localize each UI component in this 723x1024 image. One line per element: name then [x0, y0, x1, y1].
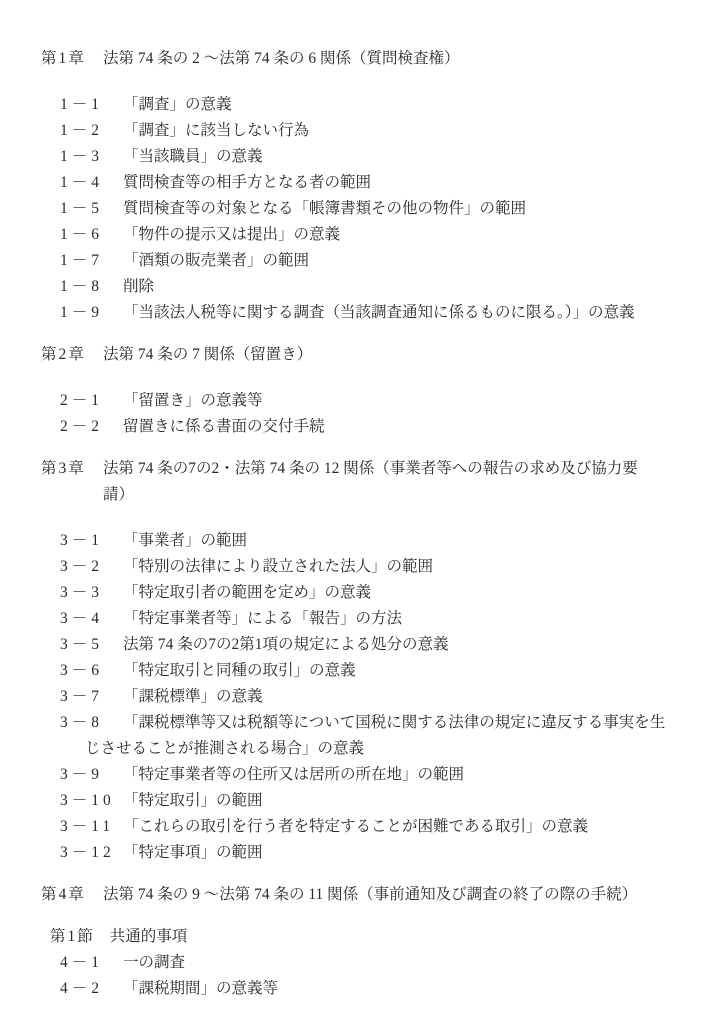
- item-number: 1－6: [60, 222, 123, 248]
- item-text: 「留置き」の意義等: [123, 388, 693, 414]
- item-text: 「当該職員」の意義: [123, 144, 693, 170]
- item-text: 「特定事項」の範囲: [123, 840, 693, 866]
- chapter-3: 第3章 法第 74 条の7の2・法第 74 条の 12 関係（事業者等への報告の…: [41, 456, 693, 866]
- item-number: 3－6: [60, 658, 123, 684]
- item-number: 3－9: [60, 762, 123, 788]
- toc-item-1-2: 1－2「調査」に該当しない行為: [60, 118, 693, 144]
- toc-item-2-1: 2－1「留置き」の意義等: [60, 388, 693, 414]
- toc-item-1-7: 1－7「酒類の販売業者」の範囲: [60, 248, 693, 274]
- item-number: 2－1: [60, 388, 123, 414]
- item-text: 一の調査: [123, 950, 693, 976]
- item-text: 「特定取引と同種の取引」の意義: [123, 658, 693, 684]
- toc-item-3-12: 3－12「特定事項」の範囲: [60, 840, 693, 866]
- chapter-2-label: 第2章: [41, 342, 103, 368]
- toc-item-3-5: 3－5法第 74 条の7の2第1項の規定による処分の意義: [60, 632, 693, 658]
- chapter-4-items: 4－1一の調査 4－2「課税期間」の意義等: [60, 950, 693, 1002]
- chapter-4-title: 法第 74 条の 9 ～法第 74 条の 11 関係（事前通知及び調査の終了の際…: [103, 882, 693, 908]
- item-number: 1－8: [60, 274, 123, 300]
- chapter-2-title: 法第 74 条の 7 関係（留置き）: [103, 342, 693, 368]
- toc-item-3-9: 3－9「特定事業者等の住所又は居所の所在地」の範囲: [60, 762, 693, 788]
- item-text: 「特定取引」の範囲: [123, 788, 693, 814]
- item-text: 「課税標準等又は税額等について国税に関する法律の規定に違反する事実を生 じさせる…: [85, 710, 693, 762]
- item-number: 3－4: [60, 606, 123, 632]
- item-number: 4－1: [60, 950, 123, 976]
- toc-item-2-2: 2－2留置きに係る書面の交付手続: [60, 414, 693, 440]
- item-number: 3－3: [60, 580, 123, 606]
- chapter-4: 第4章 法第 74 条の 9 ～法第 74 条の 11 関係（事前通知及び調査の…: [41, 882, 693, 1002]
- chapter-3-heading: 第3章 法第 74 条の7の2・法第 74 条の 12 関係（事業者等への報告の…: [41, 456, 693, 508]
- item-text: 「調査」に該当しない行為: [123, 118, 693, 144]
- item-number: 3－11: [60, 814, 123, 840]
- chapter-2-heading: 第2章 法第 74 条の 7 関係（留置き）: [41, 342, 693, 368]
- chapter-3-items: 3－1「事業者」の範囲 3－2「特別の法律により設立された法人」の範囲 3－3「…: [60, 528, 693, 866]
- item-text: 質問検査等の相手方となる者の範囲: [123, 170, 693, 196]
- item-text: 「これらの取引を行う者を特定することが困難である取引」の意義: [123, 814, 693, 840]
- chapter-2: 第2章 法第 74 条の 7 関係（留置き） 2－1「留置き」の意義等 2－2留…: [41, 342, 693, 440]
- item-text: 削除: [123, 274, 693, 300]
- toc-item-3-2: 3－2「特別の法律により設立された法人」の範囲: [60, 554, 693, 580]
- toc-item-4-1: 4－1一の調査: [60, 950, 693, 976]
- toc-item-1-5: 1－5質問検査等の対象となる「帳簿書類その他の物件」の範囲: [60, 196, 693, 222]
- toc-item-1-4: 1－4質問検査等の相手方となる者の範囲: [60, 170, 693, 196]
- item-number: 2－2: [60, 414, 123, 440]
- item-text: 留置きに係る書面の交付手続: [123, 414, 693, 440]
- item-number: 3－5: [60, 632, 123, 658]
- item-number: 1－3: [60, 144, 123, 170]
- toc-document-page: 第1章 法第 74 条の 2 ～法第 74 条の 6 関係（質問検査権） 1－1…: [0, 0, 723, 1024]
- item-number: 3－12: [60, 840, 123, 866]
- toc-item-3-7: 3－7「課税標準」の意義: [60, 684, 693, 710]
- toc-item-1-6: 1－6「物件の提示又は提出」の意義: [60, 222, 693, 248]
- toc-item-4-2: 4－2「課税期間」の意義等: [60, 976, 693, 1002]
- chapter-4-label: 第4章: [41, 882, 103, 908]
- item-number: 3－7: [60, 684, 123, 710]
- item-number: 1－5: [60, 196, 123, 222]
- item-text: 「事業者」の範囲: [123, 528, 693, 554]
- item-number: 3－10: [60, 788, 123, 814]
- item-number: 1－7: [60, 248, 123, 274]
- item-text: 「特定事業者等」による「報告」の方法: [123, 606, 693, 632]
- item-text: 「酒類の販売業者」の範囲: [123, 248, 693, 274]
- item-text: 「当該法人税等に関する調査（当該調査通知に係るものに限る。）」の意義: [123, 300, 693, 326]
- chapter-1: 第1章 法第 74 条の 2 ～法第 74 条の 6 関係（質問検査権） 1－1…: [41, 46, 693, 326]
- toc-item-3-6: 3－6「特定取引と同種の取引」の意義: [60, 658, 693, 684]
- toc-item-1-1: 1－1「調査」の意義: [60, 92, 693, 118]
- item-number: 3－2: [60, 554, 123, 580]
- section-1-label: 第1節: [50, 928, 95, 945]
- item-text: 「特別の法律により設立された法人」の範囲: [123, 554, 693, 580]
- chapter-2-items: 2－1「留置き」の意義等 2－2留置きに係る書面の交付手続: [60, 388, 693, 440]
- chapter-4-heading: 第4章 法第 74 条の 9 ～法第 74 条の 11 関係（事前通知及び調査の…: [41, 882, 693, 908]
- toc-item-3-10: 3－10「特定取引」の範囲: [60, 788, 693, 814]
- toc-item-3-11: 3－11「これらの取引を行う者を特定することが困難である取引」の意義: [60, 814, 693, 840]
- item-text: 「調査」の意義: [123, 92, 693, 118]
- toc-item-3-8: 3－8「課税標準等又は税額等について国税に関する法律の規定に違反する事実を生 じ…: [60, 710, 693, 762]
- item-number: 1－2: [60, 118, 123, 144]
- toc-item-3-1: 3－1「事業者」の範囲: [60, 528, 693, 554]
- item-text: 質問検査等の対象となる「帳簿書類その他の物件」の範囲: [123, 196, 693, 222]
- chapter-1-items: 1－1「調査」の意義 1－2「調査」に該当しない行為 1－3「当該職員」の意義 …: [60, 92, 693, 326]
- item-number: 1－1: [60, 92, 123, 118]
- chapter-1-heading: 第1章 法第 74 条の 2 ～法第 74 条の 6 関係（質問検査権）: [41, 46, 693, 72]
- item-text: 法第 74 条の7の2第1項の規定による処分の意義: [123, 632, 693, 658]
- item-number: 1－4: [60, 170, 123, 196]
- toc-item-1-8: 1－8削除: [60, 274, 693, 300]
- chapter-1-label: 第1章: [41, 46, 103, 72]
- toc-item-3-3: 3－3「特定取引者の範囲を定め」の意義: [60, 580, 693, 606]
- item-text: 「課税期間」の意義等: [123, 976, 693, 1002]
- chapter-3-title: 法第 74 条の7の2・法第 74 条の 12 関係（事業者等への報告の求め及び…: [103, 456, 693, 508]
- toc-item-1-3: 1－3「当該職員」の意義: [60, 144, 693, 170]
- item-text: 「課税標準」の意義: [123, 684, 693, 710]
- chapter-1-title: 法第 74 条の 2 ～法第 74 条の 6 関係（質問検査権）: [103, 46, 693, 72]
- item-text: 「特定取引者の範囲を定め」の意義: [123, 580, 693, 606]
- section-1-heading: 第1節共通的事項: [50, 924, 693, 950]
- toc-item-1-9: 1－9「当該法人税等に関する調査（当該調査通知に係るものに限る。）」の意義: [60, 300, 693, 326]
- chapter-3-label: 第3章: [41, 456, 103, 508]
- toc-item-3-4: 3－4「特定事業者等」による「報告」の方法: [60, 606, 693, 632]
- item-number: 1－9: [60, 300, 123, 326]
- item-text: 「物件の提示又は提出」の意義: [123, 222, 693, 248]
- item-text: 「特定事業者等の住所又は居所の所在地」の範囲: [123, 762, 693, 788]
- item-number: 4－2: [60, 976, 123, 1002]
- item-number: 3－1: [60, 528, 123, 554]
- section-1-title: 共通的事項: [110, 928, 188, 945]
